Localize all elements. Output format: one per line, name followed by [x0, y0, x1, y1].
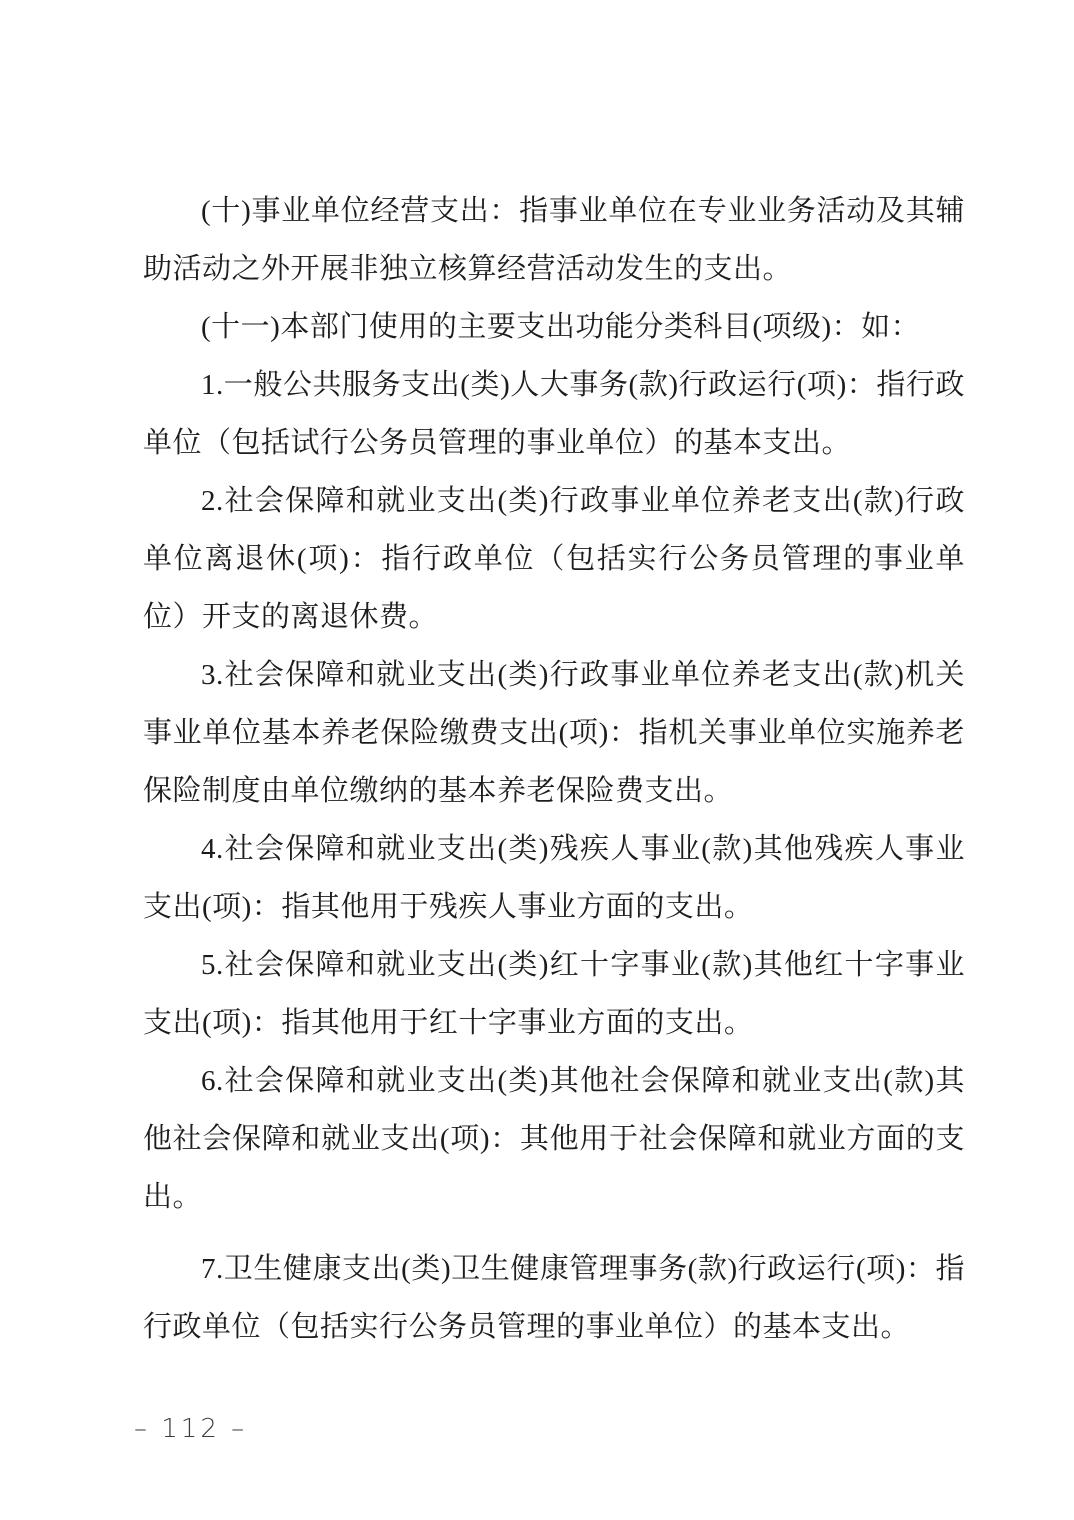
page-number: – 112 – — [134, 1414, 247, 1444]
paragraph-item-7-health: 7.卫生健康支出(类)卫生健康管理事务(款)行政运行(项)：指行政单位（包括实行… — [143, 1240, 965, 1356]
paragraph-item-6-other-social-security: 6.社会保障和就业支出(类)其他社会保障和就业支出(款)其他社会保障和就业支出(… — [143, 1052, 965, 1226]
paragraph-item-2-retirement-expenditure: 2.社会保障和就业支出(类)行政事业单位养老支出(款)行政单位离退休(项)：指行… — [143, 472, 965, 646]
paragraph-item-3-pension-contribution: 3.社会保障和就业支出(类)行政事业单位养老支出(款)机关事业单位基本养老保险缴… — [143, 646, 965, 820]
paragraph-10-operating-expenditure: (十)事业单位经营支出：指事业单位在专业业务活动及其辅助活动之外开展非独立核算经… — [143, 182, 965, 298]
document-page: (十)事业单位经营支出：指事业单位在专业业务活动及其辅助活动之外开展非独立核算经… — [0, 0, 1074, 1520]
paragraph-item-1-general-public-services: 1.一般公共服务支出(类)人大事务(款)行政运行(项)：指行政单位（包括试行公务… — [143, 356, 965, 472]
paragraph-item-4-disabled-persons: 4.社会保障和就业支出(类)残疾人事业(款)其他残疾人事业支出(项)：指其他用于… — [143, 820, 965, 936]
paragraph-11-classification-intro: (十一)本部门使用的主要支出功能分类科目(项级)：如： — [143, 298, 965, 356]
paragraph-item-5-red-cross: 5.社会保障和就业支出(类)红十字事业(款)其他红十字事业支出(项)：指其他用于… — [143, 936, 965, 1052]
document-body: (十)事业单位经营支出：指事业单位在专业业务活动及其辅助活动之外开展非独立核算经… — [143, 182, 965, 1356]
